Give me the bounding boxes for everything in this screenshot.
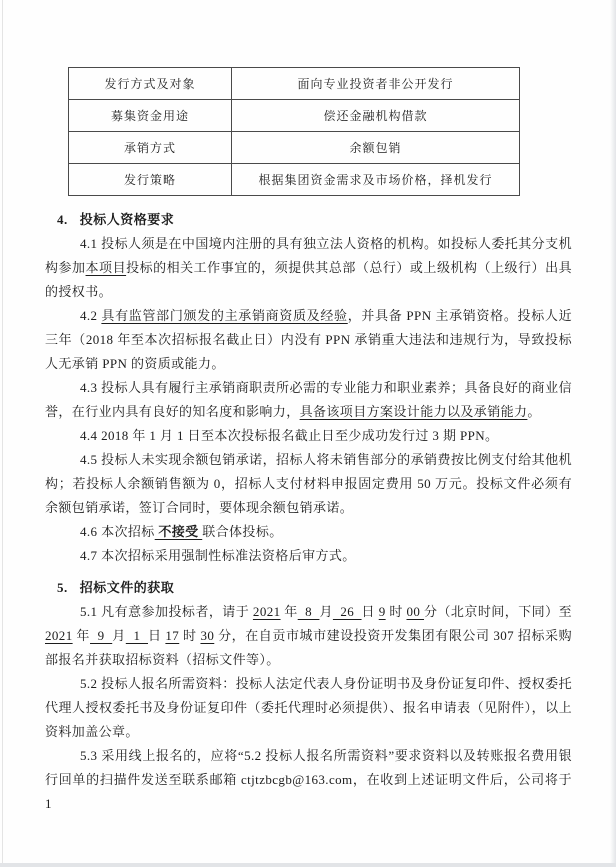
row-value-cell: 余额包销 bbox=[232, 132, 520, 164]
text-segment: 4.2 bbox=[80, 308, 101, 323]
section-title: 投标人资格要求 bbox=[80, 212, 175, 227]
paragraph-5-2: 5.2 投标人报名所需资料：投标人法定代表人身份证明书及身份证复印件、授权委托代… bbox=[45, 672, 572, 744]
table-row: 发行策略 根据集团资金需求及市场价格，择机发行 bbox=[69, 164, 520, 196]
scan-edge-right bbox=[610, 0, 616, 867]
paragraph-4-4: 4.4 2018 年 1 月 1 日至本次投标报名截止日至少成功发行过 3 期 … bbox=[45, 424, 572, 448]
table-row: 募集资金用途 偿还金融机构借款 bbox=[69, 100, 520, 132]
text-segment: 月 bbox=[319, 604, 332, 619]
text-segment: 2021 bbox=[253, 604, 281, 619]
issuance-info-table: 发行方式及对象 面向专业投资者非公开发行 募集资金用途 偿还金融机构借款 承销方… bbox=[68, 67, 520, 196]
section-4-heading: 4.投标人资格要求 bbox=[45, 208, 572, 232]
text-segment: 月 bbox=[112, 628, 126, 643]
text-segment: 4.6 本次招标 bbox=[80, 524, 155, 539]
section-number: 5. bbox=[57, 580, 68, 595]
text-segment: 联合体投标。 bbox=[202, 524, 282, 539]
text-segment: 4.7 本次招标采用强制性标准法资格后审方式。 bbox=[80, 548, 356, 563]
text-segment: 年 bbox=[73, 628, 90, 643]
paragraph-4-3: 4.3 投标人具有履行主承销商职责所必需的专业能力和职业素养；具备良好的商业信誉… bbox=[45, 376, 572, 424]
text-segment: 5.3 采用线上报名的，应将“5.2 投标人报名所需资料”要求资料以及转账报名费… bbox=[45, 748, 572, 811]
table-row: 承销方式 余额包销 bbox=[69, 132, 520, 164]
text-segment: 本项目 bbox=[86, 260, 127, 275]
text-segment: 时 bbox=[386, 604, 407, 619]
text-segment: 5.1 凡有意参加投标者，请于 bbox=[80, 604, 253, 619]
text-segment: 2021 bbox=[45, 628, 73, 643]
table-row: 发行方式及对象 面向专业投资者非公开发行 bbox=[69, 68, 520, 100]
text-segment: 年 bbox=[281, 604, 298, 619]
text-segment: 17 bbox=[165, 628, 179, 643]
scan-edge-left bbox=[2, 0, 3, 867]
section-5-heading: 5.招标文件的获取 bbox=[45, 576, 572, 600]
paragraph-4-6: 4.6 本次招标 不接受 联合体投标。 bbox=[45, 520, 572, 544]
row-label-cell: 发行策略 bbox=[69, 164, 232, 196]
text-segment: 9 bbox=[90, 628, 112, 643]
text-segment: 。 bbox=[527, 404, 540, 419]
section-title: 招标文件的获取 bbox=[80, 580, 175, 595]
document-page: 发行方式及对象 面向专业投资者非公开发行 募集资金用途 偿还金融机构借款 承销方… bbox=[0, 0, 616, 867]
text-segment: 5.2 投标人报名所需资料：投标人法定代表人身份证明书及身份证复印件、授权委托代… bbox=[45, 676, 572, 739]
paragraph-4-1: 4.1 投标人须是在中国境内注册的具有独立法人资格的机构。如投标人委托其分支机构… bbox=[45, 232, 572, 304]
text-segment: 日 bbox=[362, 604, 379, 619]
paragraph-5-1: 5.1 凡有意参加投标者，请于 2021 年 8 月 26 日 9 时 00 分… bbox=[45, 600, 572, 672]
text-segment: 4.5 投标人未实现余额包销承诺，招标人将未销售部分的承销费按比例支付给其他机构… bbox=[45, 452, 572, 515]
text-segment: 9 bbox=[379, 604, 386, 619]
text-segment: 4.4 2018 年 1 月 1 日至本次投标报名截止日至少成功发行过 3 期 … bbox=[80, 428, 498, 443]
text-segment: 30 bbox=[200, 628, 214, 643]
scan-edge-bottom bbox=[0, 863, 616, 867]
text-segment: 00 bbox=[407, 604, 425, 619]
text-segment: 1 bbox=[126, 628, 148, 643]
paragraph-5-3: 5.3 采用线上报名的，应将“5.2 投标人报名所需资料”要求资料以及转账报名费… bbox=[45, 744, 572, 816]
row-value-cell: 面向专业投资者非公开发行 bbox=[232, 68, 520, 100]
text-segment: 具有监管部门颁发的主承销商资质及经验 bbox=[101, 308, 347, 323]
paragraph-4-5: 4.5 投标人未实现余额包销承诺，招标人将未销售部分的承销费按比例支付给其他机构… bbox=[45, 448, 572, 520]
row-label-cell: 承销方式 bbox=[69, 132, 232, 164]
row-value-cell: 偿还金融机构借款 bbox=[232, 100, 520, 132]
text-segment: 不接受 bbox=[155, 524, 203, 539]
row-value-cell: 根据集团资金需求及市场价格，择机发行 bbox=[232, 164, 520, 196]
row-label-cell: 发行方式及对象 bbox=[69, 68, 232, 100]
text-segment: 时 bbox=[179, 628, 200, 643]
text-segment: 8 bbox=[298, 604, 320, 619]
text-segment: 具备该项目方案设计能力以及承销能力 bbox=[300, 404, 528, 419]
text-segment: 日 bbox=[148, 628, 165, 643]
paragraph-4-7: 4.7 本次招标采用强制性标准法资格后审方式。 bbox=[45, 544, 572, 568]
section-number: 4. bbox=[57, 212, 68, 227]
text-segment: 分（北京时间，下同）至 bbox=[424, 604, 572, 619]
row-label-cell: 募集资金用途 bbox=[69, 100, 232, 132]
document-body: 4.投标人资格要求 4.1 投标人须是在中国境内注册的具有独立法人资格的机构。如… bbox=[45, 200, 572, 816]
paragraph-4-2: 4.2 具有监管部门颁发的主承销商资质及经验，并具备 PPN 主承销资格。投标人… bbox=[45, 304, 572, 376]
text-segment: 26 bbox=[333, 604, 362, 619]
